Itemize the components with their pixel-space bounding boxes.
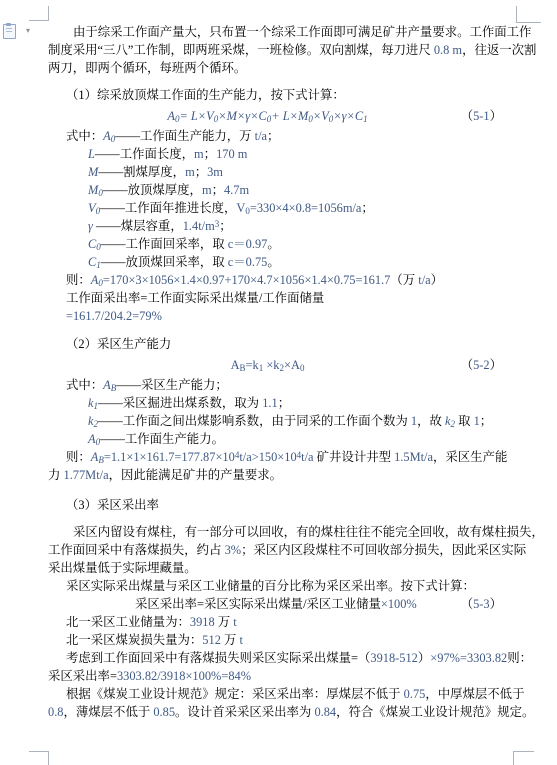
text-run: ，符合《煤炭工业设计规范》规定。 [336, 705, 534, 719]
text-run: （ [461, 358, 473, 372]
text-run: 0.84 [314, 705, 336, 719]
crop-mark-bottom-right [513, 751, 534, 765]
text-run: ——工作面生产能力，万 [115, 129, 254, 143]
text-line: 工作面采出率=工作面实际采出煤量/工作面储量 [48, 289, 557, 307]
text-run: ，故 [417, 414, 445, 428]
text-run: ； [267, 129, 279, 143]
text-line: 力 1.77Mt/a，因此能满足矿井的产量要求。 [48, 466, 557, 484]
text-run: C0 [88, 237, 101, 251]
text-run: ； [195, 165, 207, 179]
text-run: ） [490, 358, 502, 372]
text-run: =161.7/204.2=79% [66, 309, 162, 323]
text-run: 北一采区工业储量为： [66, 615, 190, 629]
text-run: t [239, 633, 242, 647]
text-run: 。设计首采采区采出率为 [175, 705, 314, 719]
text-line: 采区实际采出煤量与采区工业储量的百分比称为采区采出率。按下式计算： [48, 577, 557, 595]
text-run: ×100% [381, 597, 417, 611]
text-run: C1 [88, 255, 101, 269]
text-run: ） [490, 109, 502, 123]
text-run: A0 [88, 432, 100, 446]
text-run: ×97%=3303.82 [430, 651, 507, 665]
text-run: ； [480, 414, 492, 428]
text-line: k1——采区掘进出煤系数，取为 1.1； [48, 394, 557, 412]
text-run: 0.8 [48, 705, 64, 719]
text-line: A0——工作面生产能力。 [48, 430, 557, 448]
text-run: ； [361, 201, 373, 215]
text-run: 5-3 [473, 597, 490, 611]
text-run: ——工作面年推进长度， [100, 201, 236, 215]
text-run: 则： [66, 450, 91, 464]
equation-number: （5-3） [461, 595, 502, 613]
text-run: AB [91, 450, 104, 464]
text-line: 北一采区工业储量为：3918 万 t [48, 613, 557, 631]
text-run: 由于综采工作面产量大，只布置一个综采工作面即可满足矿井产量要求。工作面工作 [73, 25, 531, 39]
text-run: 两刀，即两个循环，每班两个循环。 [48, 61, 246, 75]
text-line: M0——放顶煤厚度，m；4.7m [48, 181, 557, 199]
text-run: 采区采出率= [48, 669, 117, 683]
document-page: ▾ 由于综采工作面产量大，只布置一个综采工作面即可满足矿井产量要求。工作面工作制… [0, 0, 557, 765]
text-line: 则：AB=1.1×1×161.7=177.87×104t/a>150×104t/… [48, 448, 557, 466]
text-run: 3918-512 [370, 651, 418, 665]
text-run: γ [88, 219, 96, 233]
text-run: 北一采区煤炭损失量为： [66, 633, 202, 647]
text-run: c＝0.75 [228, 255, 268, 269]
text-line: C1——放顶煤回采率，取 c＝0.75。 [48, 253, 557, 271]
text-run: 力 [48, 468, 64, 482]
text-run: t/a [418, 273, 430, 287]
text-run: 采区采出率=采区实际采出煤量/采区工业储量 [135, 597, 381, 611]
text-run: m [185, 165, 195, 179]
text-run: 工作面回采中有落煤损失，约占 [48, 543, 225, 557]
text-line: 考虑到工作面回采中有落煤损失则采区实际采出煤量=（3918-512）×97%=3… [48, 649, 557, 667]
text-line: γ ——煤层容重，1.4t/m3； [48, 217, 557, 235]
text-run: ） [490, 597, 502, 611]
text-run: （2）采区生产能力 [66, 337, 171, 351]
text-run: 1.5Mt/a [394, 450, 433, 464]
text-run: 则： [507, 651, 532, 665]
text-run: 。 [267, 237, 279, 251]
text-line: 两刀，即两个循环，每班两个循环。 [48, 59, 557, 77]
text-line: M——割煤厚度，m；3m [48, 163, 557, 181]
text-run: =1.1×1×161.7=177.87×104t/a>150×104t/a [104, 450, 314, 464]
text-run: ； [278, 396, 290, 410]
text-run: ； [212, 183, 224, 197]
text-run: ——工作面回采率，取 [101, 237, 228, 251]
text-run: 式中： [66, 129, 103, 143]
text-run: 4.7m [224, 183, 249, 197]
text-run: ； [204, 147, 216, 161]
text-run: k1 [88, 396, 98, 410]
text-run: t [233, 615, 236, 629]
text-run: ；采区内区段煤柱不可回收部分损失，因此采区实际 [241, 543, 526, 557]
text-line: 式中：AB——采区生产能力； [48, 376, 557, 394]
text-line: =161.7/204.2=79% [48, 307, 557, 325]
document-body: 由于综采工作面产量大，只布置一个综采工作面即可满足矿井产量要求。工作面工作制度采… [0, 23, 557, 721]
text-run: 矿井设计井型 [314, 450, 395, 464]
crop-mark-bottom-left [29, 751, 49, 765]
text-run: 取 [455, 414, 474, 428]
text-run: ，往返一次割 [462, 43, 536, 57]
text-run: ； [219, 219, 231, 233]
text-run: 3303.82/3918×100%=84% [117, 669, 251, 683]
text-run: M0 [88, 183, 103, 197]
text-run: 5-1 [473, 109, 490, 123]
text-run: ） [431, 273, 443, 287]
text-run: 式中： [66, 378, 103, 392]
text-run: 5-2 [473, 358, 490, 372]
text-line: 工作面回采中有落煤损失，约占 3%；采区内区段煤柱不可回收部分损失，因此采区实际 [48, 541, 557, 559]
text-line: 采区内留设有煤柱，有一部分可以回收，有的煤柱往往不能完全回收，故有煤柱损失， [48, 523, 557, 541]
formula-line: A0= L×V0×M×γ×C0+ L×M0×V0×γ×C1（5-1） [48, 107, 557, 125]
text-run: 0.75 [404, 687, 426, 701]
text-run: ——割煤厚度， [98, 165, 185, 179]
text-run: ——工作面之间出煤影响系数，由于同采的工作面个数为 [98, 414, 411, 428]
text-line: 由于综采工作面产量大，只布置一个综采工作面即可满足矿井产量要求。工作面工作 [48, 23, 557, 41]
text-run: 采出煤量低于实际埋藏量。 [48, 561, 197, 575]
text-line: L——工作面长度，m；170 m [48, 145, 557, 163]
text-run: A0 [103, 129, 115, 143]
text-run: ——工作面生产能力。 [100, 432, 224, 446]
text-run: 1.4t/m3 [183, 219, 220, 233]
text-run: m [194, 147, 204, 161]
text-run: （万 [390, 273, 418, 287]
text-run: ——采区生产能力； [116, 378, 228, 392]
equation-number: （5-1） [461, 107, 502, 125]
text-run: 根据《煤炭工业设计规范》规定：采区采出率：厚煤层不低于 [66, 687, 404, 701]
text-run: 3918 [190, 615, 215, 629]
crop-mark-top-left [29, 6, 49, 21]
text-run: ——放顶煤回采率，取 [101, 255, 228, 269]
text-line: V0——工作面年推进长度，V0=330×4×0.8=1056m/a； [48, 199, 557, 217]
text-run: A0= L×V0×M×γ×C0+ L×M0×V0×γ×C1 [167, 109, 367, 123]
text-run: （1）综采放顶煤工作面的生产能力，按下式计算： [66, 88, 345, 102]
text-run: 。 [267, 255, 279, 269]
text-run: ，因此能满足矿井的产量要求。 [109, 468, 282, 482]
text-line: 根据《煤炭工业设计规范》规定：采区采出率：厚煤层不低于 0.75，中厚煤层不低于 [48, 685, 557, 703]
text-line: k2——工作面之间出煤影响系数，由于同采的工作面个数为 1，故 k2 取 1； [48, 412, 557, 430]
text-run: 考虑到工作面回采中有落煤损失则采区实际采出煤量=（ [66, 651, 370, 665]
text-run: ——煤层容重， [96, 219, 183, 233]
equation-number: （5-2） [461, 356, 502, 374]
text-line: C0——工作面回采率，取 c＝0.97。 [48, 235, 557, 253]
text-line: 0.8，薄煤层不低于 0.85。设计首采采区采出率为 0.84，符合《煤炭工业设… [48, 703, 557, 721]
text-line: 制度采用“三八”工作制，即两班采煤，一班检修。双向割煤，每刀进尺 0.8 m，往… [48, 41, 557, 59]
text-line: 则：A0=170×3×1056×1.4×0.97+170×4.7×1056×1.… [48, 271, 557, 289]
text-run: ，中厚煤层不低于 [425, 687, 524, 701]
text-run: 采区内留设有煤柱，有一部分可以回收，有的煤柱往往不能完全回收，故有煤柱损失， [73, 525, 544, 539]
formula-line: AB=k1 ×k2×A0（5-2） [48, 356, 557, 374]
text-run: k2 [88, 414, 98, 428]
text-run: ，采区生产能 [433, 450, 507, 464]
text-run: ——放顶煤厚度， [103, 183, 202, 197]
text-run: m [202, 183, 212, 197]
text-line: （1）综采放顶煤工作面的生产能力，按下式计算： [48, 86, 557, 104]
text-run: 工作面采出率=工作面实际采出煤量/工作面储量 [66, 291, 324, 305]
text-line: 采出煤量低于实际埋藏量。 [48, 559, 557, 577]
text-run: M [88, 165, 98, 179]
text-run: ——工作面长度， [95, 147, 194, 161]
text-run: L [88, 147, 95, 161]
text-run: 170 m [216, 147, 247, 161]
text-line: 北一采区煤炭损失量为：512 万 t [48, 631, 557, 649]
text-run: （ [461, 109, 473, 123]
text-run: A0 [91, 273, 103, 287]
text-run: V0=330×4×0.8=1056m/a [236, 201, 361, 215]
text-run: 则： [66, 273, 91, 287]
text-run: =170×3×1056×1.4×0.97+170×4.7×1056×1.4×0.… [103, 273, 391, 287]
text-run: 3% [225, 543, 242, 557]
text-run: 采区实际采出煤量与采区工业储量的百分比称为采区采出率。按下式计算： [66, 579, 475, 593]
text-run: ——采区掘进出煤系数，取为 [98, 396, 262, 410]
text-run: 3m [207, 165, 223, 179]
text-run: ，薄煤层不低于 [64, 705, 154, 719]
text-run: 万 [215, 615, 234, 629]
formula-line: 采区采出率=采区实际采出煤量/采区工业储量×100%（5-3） [48, 595, 557, 613]
text-run: k2 [445, 414, 455, 428]
text-line: （2）采区生产能力 [48, 335, 557, 353]
text-run: AB [103, 378, 116, 392]
text-run: 0.8 m [434, 43, 462, 57]
text-run: V0 [88, 201, 100, 215]
text-run: 512 [202, 633, 221, 647]
text-run: （3）采区采出率 [66, 498, 159, 512]
text-run: （ [461, 597, 473, 611]
text-run: 制度采用“三八”工作制，即两班采煤，一班检修。双向割煤，每刀进尺 [48, 43, 434, 57]
text-run: ） [418, 651, 430, 665]
text-run: 万 [221, 633, 240, 647]
text-run: 0.85 [153, 705, 175, 719]
text-run: 1.1 [262, 396, 278, 410]
text-run: AB=k1 ×k2×A0 [231, 358, 305, 372]
text-line: 采区采出率=3303.82/3918×100%=84% [48, 667, 557, 685]
crop-mark-top-right [516, 6, 541, 23]
text-run: c＝0.97 [228, 237, 268, 251]
text-run: t/a [255, 129, 267, 143]
text-line: （3）采区采出率 [48, 496, 557, 514]
text-line: 式中：A0——工作面生产能力，万 t/a； [48, 127, 557, 145]
text-run: 1.77Mt/a [64, 468, 109, 482]
